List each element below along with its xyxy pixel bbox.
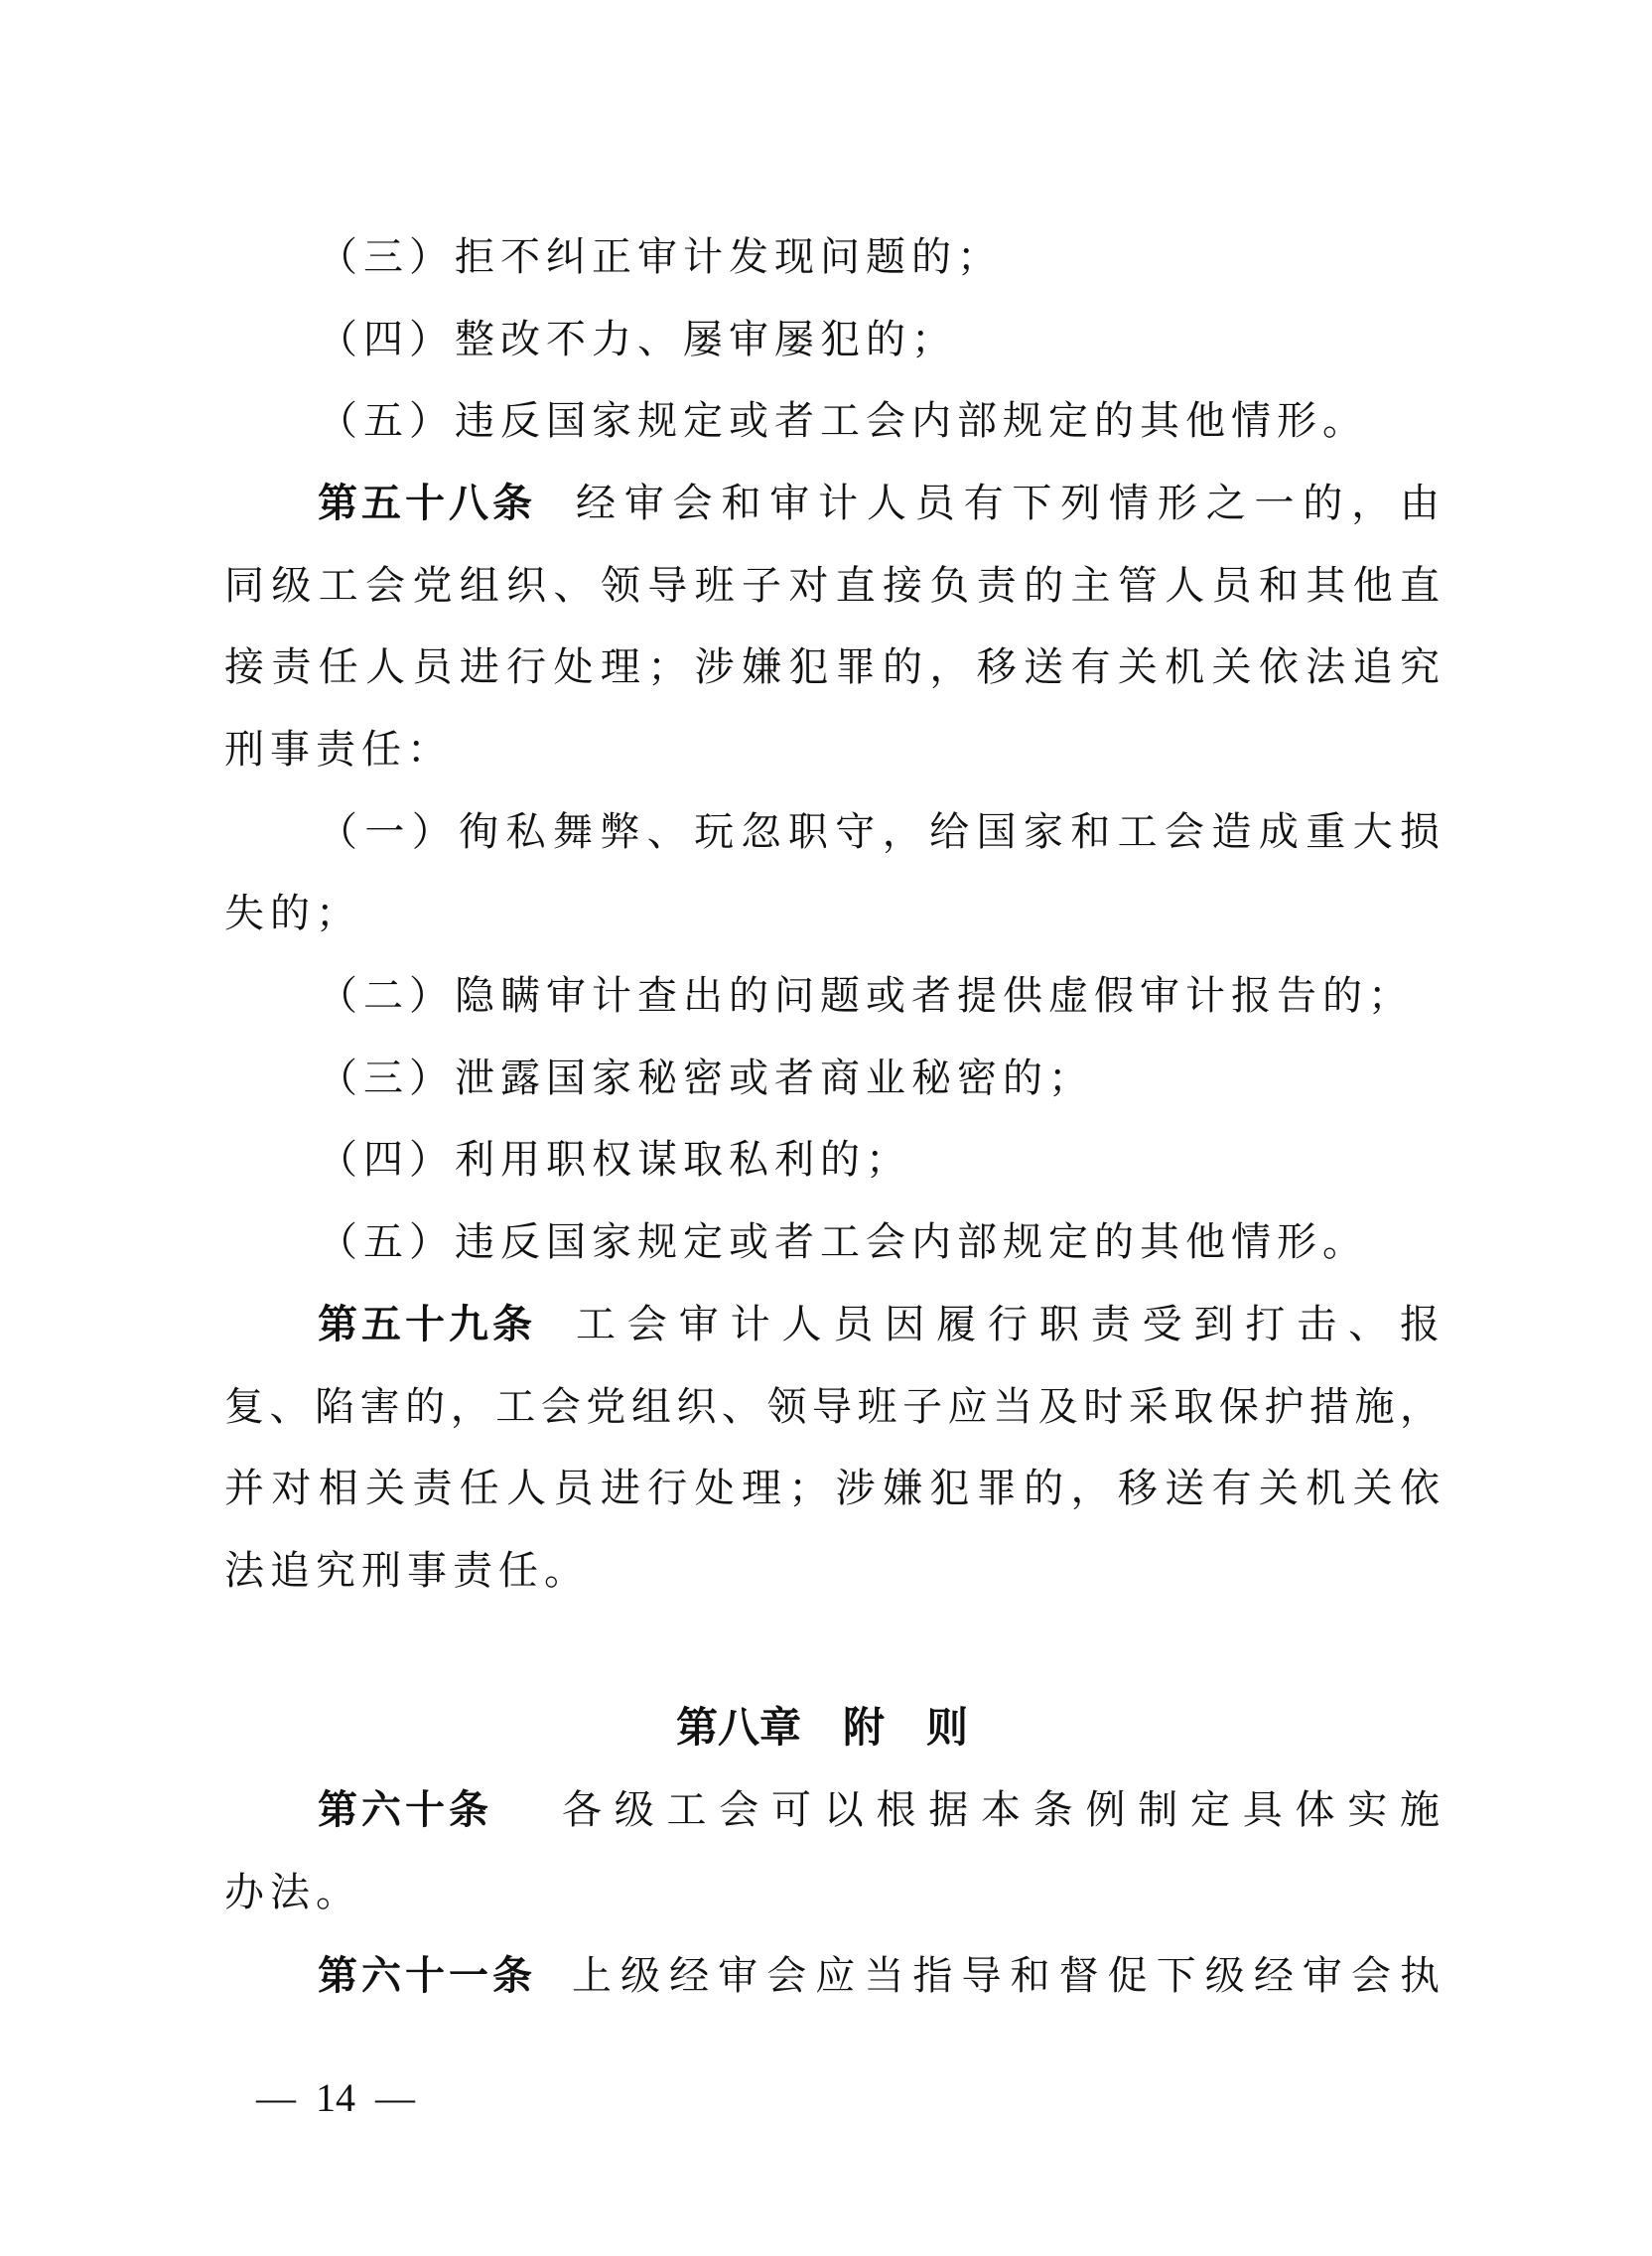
article-61-first-line: 第六十一条 上级经审会应当指导和督促下级经审会执 [318, 1946, 1440, 2006]
paragraph-line: 刑事责任： [224, 720, 453, 779]
chapter-heading: 第八章 附 则 [0, 1698, 1648, 1758]
page-number: — 14 — [256, 2073, 415, 2123]
article-number: 第五十八条 [318, 474, 536, 533]
list-item: （一）徇私舞弊、玩忽职守，给国家和工会造成重大损 [318, 802, 1440, 862]
paragraph-line: 复、陷害的，工会党组织、领导班子应当及时采取保护措施， [224, 1377, 1440, 1437]
article-text: 经审会和审计人员有下列情形之一的，由 [576, 474, 1440, 533]
list-item: （五）违反国家规定或者工会内部规定的其他情形。 [318, 391, 1368, 451]
article-text: 各级工会可以根据本条例制定具体实施 [562, 1780, 1440, 1840]
list-item: （四）利用职权谋取私利的； [318, 1130, 911, 1190]
article-text: 上级经审会应当指导和督促下级经审会执 [572, 1946, 1440, 2006]
article-59-first-line: 第五十九条 工会审计人员因履行职责受到打击、报 [318, 1295, 1440, 1354]
list-item: （三）拒不纠正审计发现问题的； [318, 227, 1003, 287]
list-item-continuation: 失的； [224, 884, 361, 943]
article-60-first-line: 第六十条 各级工会可以根据本条例制定具体实施 [318, 1780, 1440, 1840]
article-58-first-line: 第五十八条 经审会和审计人员有下列情形之一的，由 [318, 474, 1440, 533]
article-number: 第五十九条 [318, 1295, 536, 1354]
list-item: （三）泄露国家秘密或者商业秘密的； [318, 1049, 1094, 1108]
article-number: 第六十条 [318, 1780, 492, 1840]
paragraph-line: 办法。 [224, 1863, 361, 1922]
article-text: 工会审计人员因履行职责受到打击、报 [576, 1295, 1440, 1354]
list-item: （二）隐瞒审计查出的问题或者提供虚假审计报告的； [318, 966, 1414, 1026]
article-number: 第六十一条 [318, 1946, 536, 2006]
paragraph-line: 接责任人员进行处理；涉嫌犯罪的，移送有关机关依法追究 [224, 637, 1440, 697]
paragraph-line: 并对相关责任人员进行处理；涉嫌犯罪的，移送有关机关依 [224, 1459, 1440, 1518]
list-item: （五）违反国家规定或者工会内部规定的其他情形。 [318, 1212, 1368, 1272]
list-item: （四）整改不力、屡审屡犯的； [318, 310, 957, 369]
paragraph-line: 法追究刑事责任。 [224, 1541, 590, 1601]
paragraph-line: 同级工会党组织、领导班子对直接负责的主管人员和其他直 [224, 556, 1440, 616]
document-page: （三）拒不纠正审计发现问题的； （四）整改不力、屡审屡犯的； （五）违反国家规定… [0, 0, 1652, 2256]
